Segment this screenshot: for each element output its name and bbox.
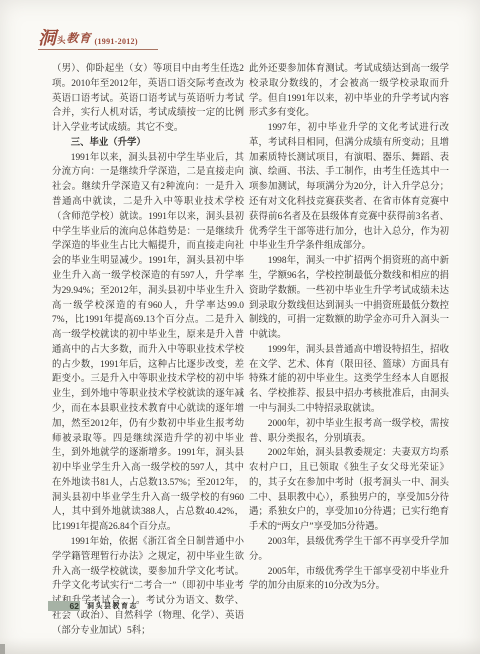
- scan-edge-shadow: [0, 638, 480, 654]
- paragraph: 2005年，市级优秀学生干部享受初中毕业升学的加分由原来的10分改为5分。: [249, 565, 449, 595]
- right-column: 此外还要参加体育测试。考试成绩达到高一级学校录取分数线的，才会被高一级学校录取而…: [249, 62, 449, 638]
- page-number-badge: 62: [48, 601, 80, 611]
- page-footer: 62 洞头县教育志: [48, 601, 138, 611]
- page-number: 62: [70, 601, 80, 611]
- paragraph: （男）、仰卧起坐（女）等项目中由考生任选2项。2010年至2012年，英语口语交…: [52, 62, 244, 136]
- section-heading: 三、毕业（升学）: [52, 136, 244, 151]
- logo-year-range: (1991-2012): [95, 37, 138, 46]
- logo-character-tou: 头: [57, 34, 66, 46]
- paragraph: 1998年，洞头一中扩招两个捐资班的高中新生，学额96名，学校控制最低分数线和相…: [249, 254, 449, 343]
- paragraph: 此外还要参加体育测试。考试成绩达到高一级学校录取分数线的，才会被高一级学校录取而…: [249, 62, 449, 121]
- logo-text-jiaoyu: 教育: [67, 30, 92, 46]
- paragraph: 2000年，初中毕业生报考高一级学校，需按普、职分类报名，分别填表。: [249, 417, 449, 447]
- header-logo: 洞 头 教育 (1991-2012): [38, 30, 158, 50]
- scanned-book-page: 洞 头 教育 (1991-2012) （男）、仰卧起坐（女）等项目中由考生任选2…: [0, 0, 480, 654]
- paragraph: 1991年以来，洞头县初中学生毕业后，其分流方向：一是继续升学深造，二是直接走向…: [52, 151, 244, 535]
- paragraph: 2003年，县级优秀学生干部不再享受升学加分。: [249, 535, 449, 565]
- logo-character-dong: 洞: [38, 30, 56, 46]
- paragraph: 2002年始，洞头县教委规定：夫妻双方均系农村户口，且已领取《独生子女父母光荣证…: [249, 446, 449, 535]
- paragraph: 1999年，洞头县普通高中增设特招生，招收在文学、艺术、体育（限田径、篮球）方面…: [249, 343, 449, 417]
- left-column: （男）、仰卧起坐（女）等项目中由考生任选2项。2010年至2012年，英语口语交…: [52, 62, 244, 638]
- logo-underline: 洞 头 教育 (1991-2012): [38, 30, 158, 50]
- two-column-text-body: （男）、仰卧起坐（女）等项目中由考生任选2项。2010年至2012年，英语口语交…: [52, 62, 449, 638]
- footer-book-title: 洞头县教育志: [87, 601, 138, 611]
- paragraph: 1991年始，依据《浙江省全日制普通中小学学籍管理暂行办法》之规定，初中毕业生欲…: [52, 535, 244, 638]
- paragraph: 1997年，初中毕业升学的文化考试进行改革，考试科目相同，但满分成绩有所变动；且…: [249, 121, 449, 254]
